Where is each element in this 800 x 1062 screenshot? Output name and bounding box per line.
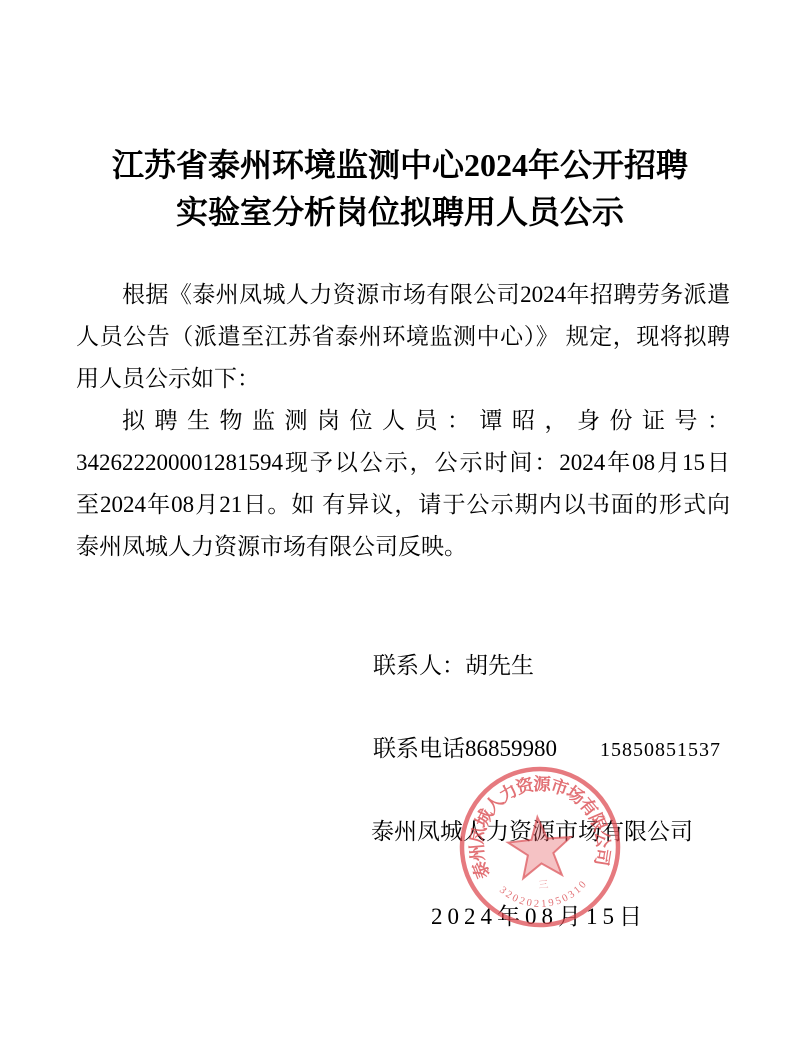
body-line: 拟聘生物监测岗位人员：谭昭，身份证号：	[76, 400, 730, 442]
title-line-1: 江苏省泰州环境监测中心2024年公开招聘	[0, 142, 800, 189]
signature-company: 泰州凤城人力资源市场有限公司	[371, 811, 693, 853]
body-line: 根据《泰州凤城人力资源市场有限公司2024年招聘劳务派遣	[76, 274, 730, 316]
document-page: 江苏省泰州环境监测中心2024年公开招聘 实验室分析岗位拟聘用人员公示 根据《泰…	[0, 0, 800, 1062]
phone-landline: 联系电话86859980	[373, 736, 557, 761]
document-title: 江苏省泰州环境监测中心2024年公开招聘 实验室分析岗位拟聘用人员公示	[0, 0, 800, 236]
body-line: 泰州凤城人力资源市场有限公司反映。	[76, 526, 730, 568]
body-line: 342622200001281594现予以公示，公示时间：2024年08月15日	[76, 442, 730, 484]
contact-person-line: 联系人：胡先生	[373, 645, 534, 687]
seal-center-mark: 三	[538, 878, 549, 891]
title-line-2: 实验室分析岗位拟聘用人员公示	[0, 189, 800, 236]
body-line: 用人员公示如下：	[76, 358, 730, 400]
phone-mobile: 15850851537	[600, 739, 721, 761]
body-line: 至2024年08月21日。如 有异议，请于公示期内以书面的形式向	[76, 484, 730, 526]
document-body: 根据《泰州凤城人力资源市场有限公司2024年招聘劳务派遣 人员公告（派遣至江苏省…	[76, 274, 730, 568]
phone-line: 联系电话8685998015850851537	[373, 728, 721, 771]
body-line: 人员公告（派遣至江苏省泰州环境监测中心）》 规定，现将拟聘	[76, 316, 730, 358]
signature-date: 2024年08月15日	[431, 896, 647, 938]
